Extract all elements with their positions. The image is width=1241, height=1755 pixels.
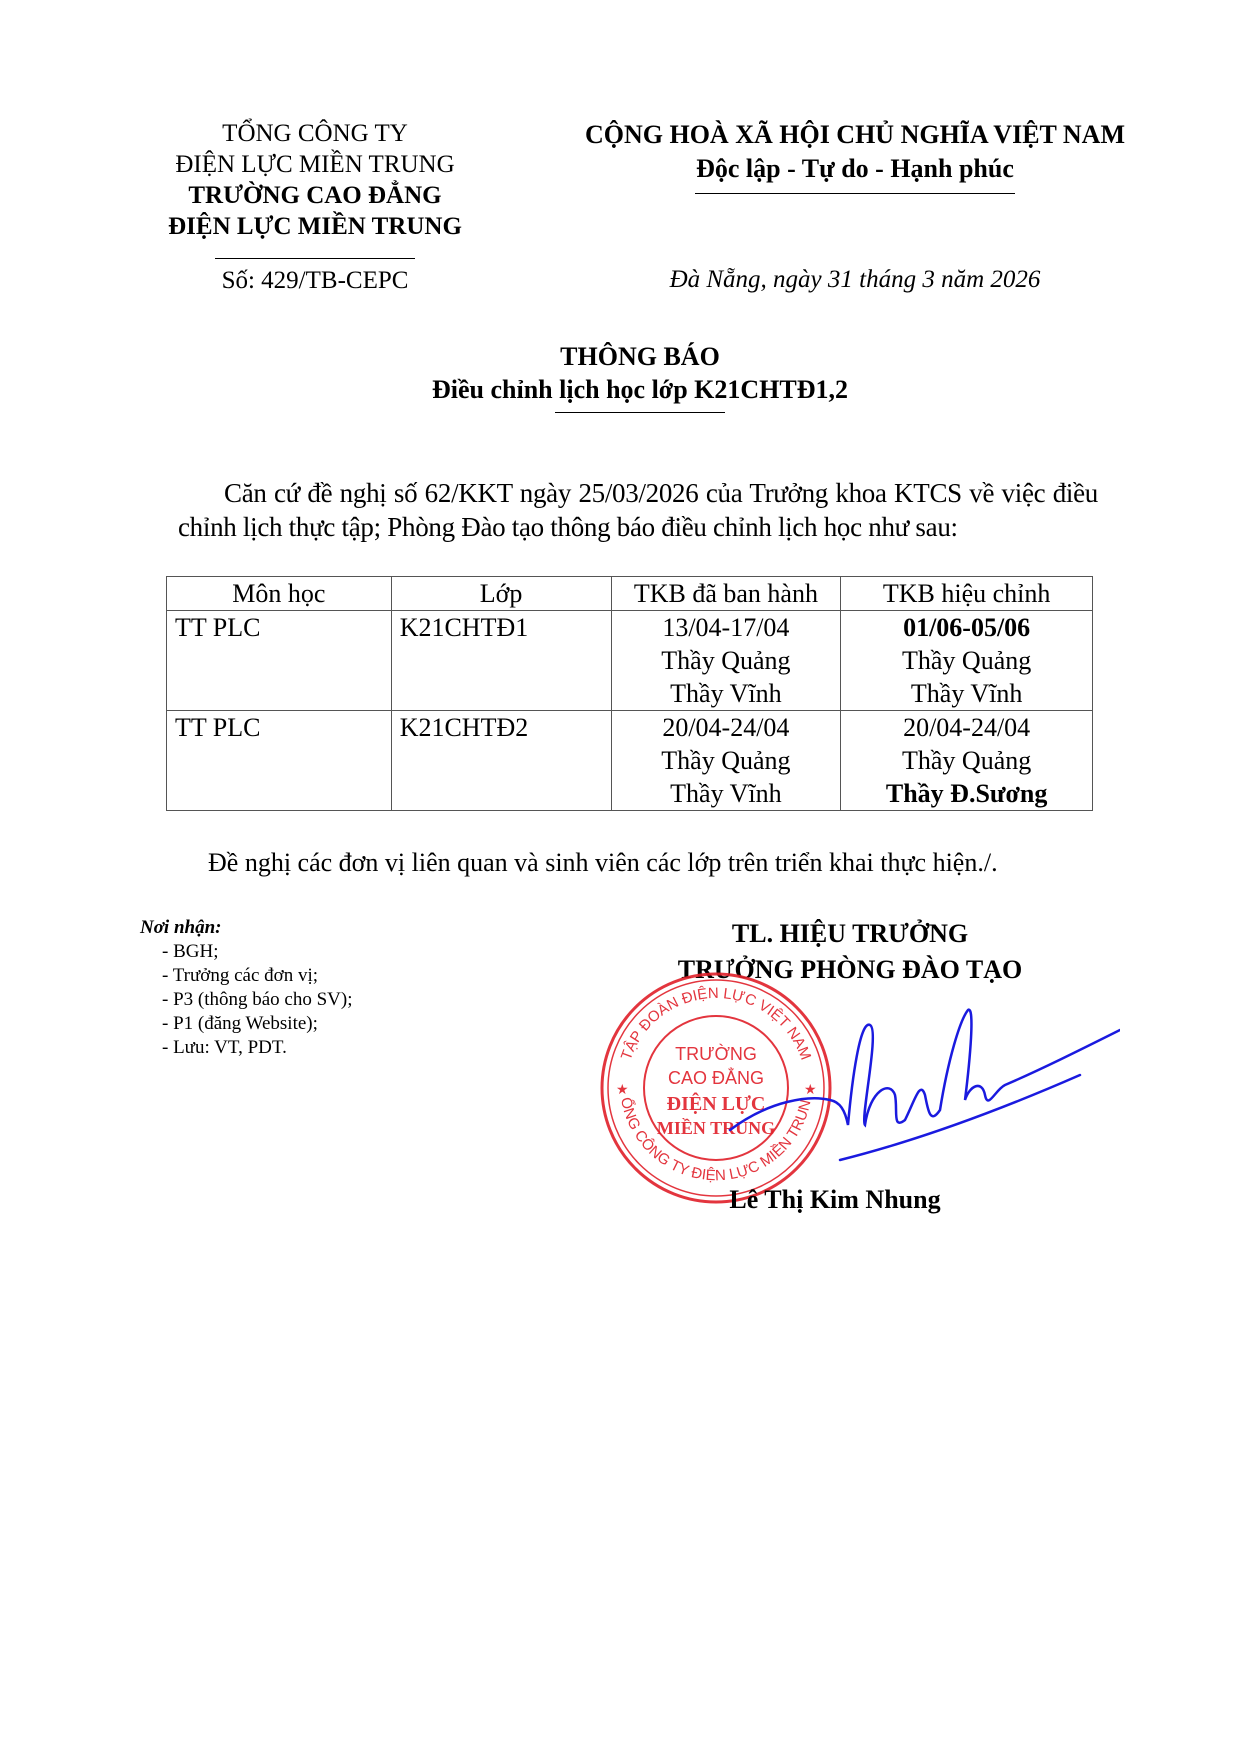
body-paragraph: Căn cứ đề nghị số 62/KKT ngày 25/03/2026… — [178, 476, 1098, 544]
header-class: Lớp — [391, 577, 611, 611]
recipient-item: - P3 (thông báo cho SV); — [140, 988, 470, 1012]
issuer-divider — [215, 258, 415, 259]
document-subtitle: Điều chỉnh lịch học lớp K21CHTĐ1,2 — [300, 373, 980, 406]
adjusted-teacher: Thầy Vĩnh — [849, 677, 1084, 710]
national-motto-block: CỘNG HOÀ XÃ HỘI CHỦ NGHĨA VIỆT NAM Độc l… — [560, 118, 1150, 194]
header-subject: Môn học — [167, 577, 392, 611]
national-motto: Độc lập - Tự do - Hạnh phúc — [560, 152, 1150, 186]
issuer-name-line1: TRƯỜNG CAO ĐẲNG — [150, 180, 480, 211]
issued-teacher: Thầy Quảng — [620, 744, 833, 777]
svg-text:★: ★ — [616, 1081, 629, 1097]
cell-issued: 13/04-17/04 Thầy Quảng Thầy Vĩnh — [611, 611, 841, 711]
adjusted-teacher: Thầy Quảng — [849, 644, 1084, 677]
issuer-parent-line2: ĐIỆN LỰC MIỀN TRUNG — [150, 149, 480, 180]
cell-class: K21CHTĐ1 — [391, 611, 611, 711]
cell-subject: TT PLC — [167, 611, 392, 711]
recipients-label: Nơi nhận: — [140, 916, 470, 940]
recipient-item: - BGH; — [140, 940, 470, 964]
handwritten-signature-icon — [720, 1000, 1120, 1200]
header-adjusted-schedule: TKB hiệu chỉnh — [841, 577, 1093, 611]
table-header-row: Môn học Lớp TKB đã ban hành TKB hiệu chỉ… — [167, 577, 1093, 611]
table-row: TT PLC K21CHTĐ1 13/04-17/04 Thầy Quảng T… — [167, 611, 1093, 711]
issued-teacher: Thầy Vĩnh — [620, 677, 833, 710]
issued-dates: 20/04-24/04 — [620, 711, 833, 744]
cell-class: K21CHTĐ2 — [391, 711, 611, 811]
recipient-item: - Trưởng các đơn vị; — [140, 964, 470, 988]
recipients-block: Nơi nhận: - BGH; - Trưởng các đơn vị; - … — [140, 916, 470, 1060]
cell-issued: 20/04-24/04 Thầy Quảng Thầy Vĩnh — [611, 711, 841, 811]
adjusted-dates: 20/04-24/04 — [849, 711, 1084, 744]
recipient-item: - Lưu: VT, PDT. — [140, 1036, 470, 1060]
national-name: CỘNG HOÀ XÃ HỘI CHỦ NGHĨA VIỆT NAM — [560, 118, 1150, 152]
title-divider — [555, 412, 725, 413]
motto-divider — [695, 193, 1015, 194]
closing-sentence: Đề nghị các đơn vị liên quan và sinh viê… — [208, 848, 1108, 878]
cell-subject: TT PLC — [167, 711, 392, 811]
issued-teacher: Thầy Quảng — [620, 644, 833, 677]
issuer-parent-line1: TỔNG CÔNG TY — [150, 118, 480, 149]
issuer-block: TỔNG CÔNG TY ĐIỆN LỰC MIỀN TRUNG TRƯỜNG … — [150, 118, 480, 296]
cell-adjusted: 20/04-24/04 Thầy Quảng Thầy Đ.Sương — [841, 711, 1093, 811]
header-issued-schedule: TKB đã ban hành — [611, 577, 841, 611]
issued-teacher: Thầy Vĩnh — [620, 777, 833, 810]
signatory-title-line1: TL. HIỆU TRƯỞNG — [600, 916, 1100, 952]
schedule-table: Môn học Lớp TKB đã ban hành TKB hiệu chỉ… — [166, 576, 1093, 811]
document-date: Đà Nẵng, ngày 31 tháng 3 năm 2026 — [560, 266, 1150, 294]
issuer-name-line2: ĐIỆN LỰC MIỀN TRUNG — [150, 211, 480, 242]
adjusted-teacher: Thầy Đ.Sương — [849, 777, 1084, 810]
cell-adjusted: 01/06-05/06 Thầy Quảng Thầy Vĩnh — [841, 611, 1093, 711]
adjusted-dates: 01/06-05/06 — [849, 611, 1084, 644]
document-title: THÔNG BÁO — [300, 340, 980, 373]
table-row: TT PLC K21CHTĐ2 20/04-24/04 Thầy Quảng T… — [167, 711, 1093, 811]
adjusted-teacher: Thầy Quảng — [849, 744, 1084, 777]
document-number: Số: 429/TB-CEPC — [150, 265, 480, 296]
recipient-item: - P1 (đăng Website); — [140, 1012, 470, 1036]
issued-dates: 13/04-17/04 — [620, 611, 833, 644]
document-title-block: THÔNG BÁO Điều chỉnh lịch học lớp K21CHT… — [300, 340, 980, 413]
signatory-name: Lê Thị Kim Nhung — [650, 1185, 1020, 1215]
